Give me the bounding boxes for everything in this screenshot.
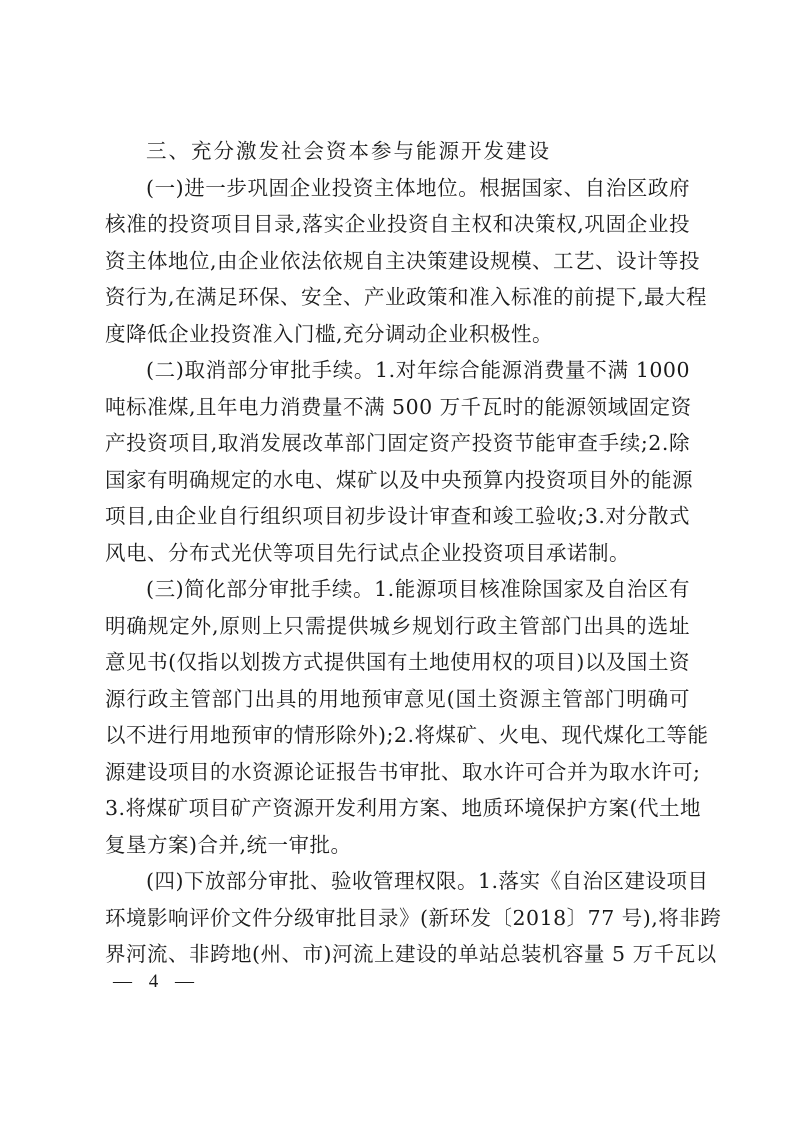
paragraph-line: 核准的投资项目目录,落实企业投资自主权和决策权,巩固企业投 (105, 206, 690, 243)
paragraph-1: (一)进一步巩固企业投资主体地位。根据国家、自治区政府 核准的投资项目目录,落实… (105, 170, 690, 353)
paragraph-line: 项目,由企业自行组织项目初步设计审查和竣工验收;3.对分散式 (105, 498, 690, 535)
document-page: 三、充分激发社会资本参与能源开发建设 (一)进一步巩固企业投资主体地位。根据国家… (105, 133, 690, 973)
paragraph-line: 风电、分布式光伏等项目先行试点企业投资项目承诺制。 (105, 535, 690, 572)
paragraph-line: 源建设项目的水资源论证报告书审批、取水许可合并为取水许可; (105, 754, 690, 791)
paragraph-line: 环境影响评价文件分级审批目录》(新环发〔2018〕77 号),将非跨 (105, 900, 690, 937)
paragraph-line: 界河流、非跨地(州、市)河流上建设的单站总装机容量 5 万千瓦以 (105, 936, 690, 973)
paragraph-line: 明确规定外,原则上只需提供城乡规划行政主管部门出具的选址 (105, 608, 690, 645)
paragraph-line: 源行政主管部门出具的用地预审意见(国土资源主管部门明确可 (105, 681, 690, 718)
paragraph-line: 吨标准煤,且年电力消费量不满 500 万千瓦时的能源领域固定资 (105, 389, 690, 426)
paragraph-line: 3.将煤矿项目矿产资源开发利用方案、地质环境保护方案(代土地 (105, 790, 690, 827)
paragraph-line: (二)取消部分审批手续。1.对年综合能源消费量不满 1000 (105, 352, 690, 389)
paragraph-line: 资行为,在满足环保、安全、产业政策和准入标准的前提下,最大程 (105, 279, 690, 316)
paragraph-line: (四)下放部分审批、验收管理权限。1.落实《自治区建设项目 (105, 863, 690, 900)
paragraph-line: 度降低企业投资准入门槛,充分调动企业积极性。 (105, 316, 690, 353)
page-number: — 4 — (113, 971, 200, 993)
paragraph-line: 国家有明确规定的水电、煤矿以及中央预算内投资项目外的能源 (105, 462, 690, 499)
paragraph-line: (一)进一步巩固企业投资主体地位。根据国家、自治区政府 (105, 170, 690, 207)
paragraph-2: (二)取消部分审批手续。1.对年综合能源消费量不满 1000 吨标准煤,且年电力… (105, 352, 690, 571)
paragraph-line: (三)简化部分审批手续。1.能源项目核准除国家及自治区有 (105, 571, 690, 608)
paragraph-line: 意见书(仅指以划拨方式提供国有土地使用权的项目)以及国土资 (105, 644, 690, 681)
paragraph-3: (三)简化部分审批手续。1.能源项目核准除国家及自治区有 明确规定外,原则上只需… (105, 571, 690, 863)
paragraph-line: 复垦方案)合并,统一审批。 (105, 827, 690, 864)
paragraph-4: (四)下放部分审批、验收管理权限。1.落实《自治区建设项目 环境影响评价文件分级… (105, 863, 690, 973)
section-heading: 三、充分激发社会资本参与能源开发建设 (105, 133, 690, 170)
paragraph-line: 资主体地位,由企业依法依规自主决策建设规模、工艺、设计等投 (105, 243, 690, 280)
paragraph-line: 产投资项目,取消发展改革部门固定资产投资节能审查手续;2.除 (105, 425, 690, 462)
paragraph-line: 以不进行用地预审的情形除外);2.将煤矿、火电、现代煤化工等能 (105, 717, 690, 754)
